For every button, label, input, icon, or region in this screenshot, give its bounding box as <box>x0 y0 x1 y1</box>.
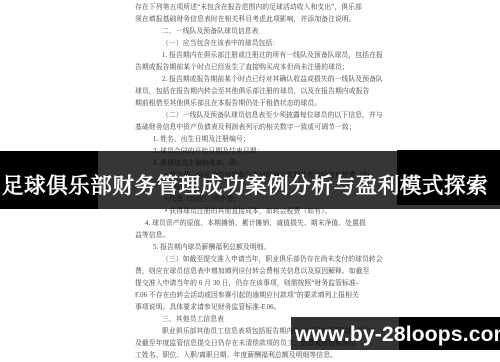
page-title: 足球俱乐部财务管理成功案例分析与盈利模式探索 <box>2 174 488 198</box>
doc-line: 存在下列第五项所述“未包含在报告范围内的足球活动收入和支出”，俱乐部 <box>135 2 367 14</box>
watermark-badge: www.by-28loops.com <box>291 317 500 350</box>
title-banner: 足球俱乐部财务管理成功案例分析与盈利模式探索 <box>0 151 500 209</box>
doc-line: F.06 不存在由转会活动或因参赛引起的逾期应付款项”的要求填列上报相关 <box>135 290 367 302</box>
screenshot-root: 存在下列第五项所述“未包含在报告范围内的足球活动收入和支出”，俱乐部须在填报基础… <box>0 0 500 362</box>
doc-line: （一）应当包含在该表中的球员包括： <box>135 38 367 50</box>
doc-line: 4. 球员资产的原值、本期摊销、累计摊销、减值损失、期末净值、处置损 <box>135 218 367 230</box>
doc-line: 5. 报告期内球员薪酬福利总额及明细。 <box>135 242 367 254</box>
doc-line: 告期或报告期前某个时点已经发生了直接购买成本但尚未注册的球员； <box>135 62 367 74</box>
doc-line: 1. 报告期内在俱乐部注册或注册过的所有一线队及预备队球员，包括在报 <box>135 50 367 62</box>
doc-line: 工姓名、职位、入职/离职日期、年度薪酬福利总额及明细等信息。 <box>135 350 367 362</box>
doc-line: 期前租借至其他俱乐部且在本报告期仍处于租借状态的球员。 <box>135 98 367 110</box>
watermark-text: www.by-28loops.com <box>295 324 500 346</box>
doc-line: 球员，包括在报告期内转会至其他俱乐部注册的球员，以及在报告期内或报告 <box>135 86 367 98</box>
doc-line: 1. 姓名、出生日期及注册编号； <box>135 134 367 146</box>
doc-line: 须在填报基础财务信息表时在相关科目考虑此项影响，并添加备注说明。 <box>135 14 367 26</box>
doc-line: 费，则应在球员信息表中增加填列应付转会费相关信息以及原因解释。如截至 <box>135 266 367 278</box>
doc-line: 2. 报告期或报告期前某个时点已经对其确认收益或损失的一线队及预备队 <box>135 74 367 86</box>
doc-line: 提交准入申请当年的 6 月 30 日，仍存在该事项，则需按照“财务监管标准- <box>135 278 367 290</box>
doc-line: 基础财务信息中资产负债表及利润表列示的相关数字一致或可调节一致； <box>135 122 367 134</box>
doc-line: （三）如截至提交准入申请当年，职业俱乐部仍存在尚未支付的球员转会 <box>135 254 367 266</box>
doc-line: 益等信息。 <box>135 230 367 242</box>
doc-line: 二、一线队及预备队球员信息表 <box>135 26 367 38</box>
doc-line: 事项说明。具体要求请参见财务监管标准-F.06。 <box>135 302 367 314</box>
doc-line: （二）一线队及预备队球员信息表至少须披露每位球员的以下信息，并与 <box>135 110 367 122</box>
